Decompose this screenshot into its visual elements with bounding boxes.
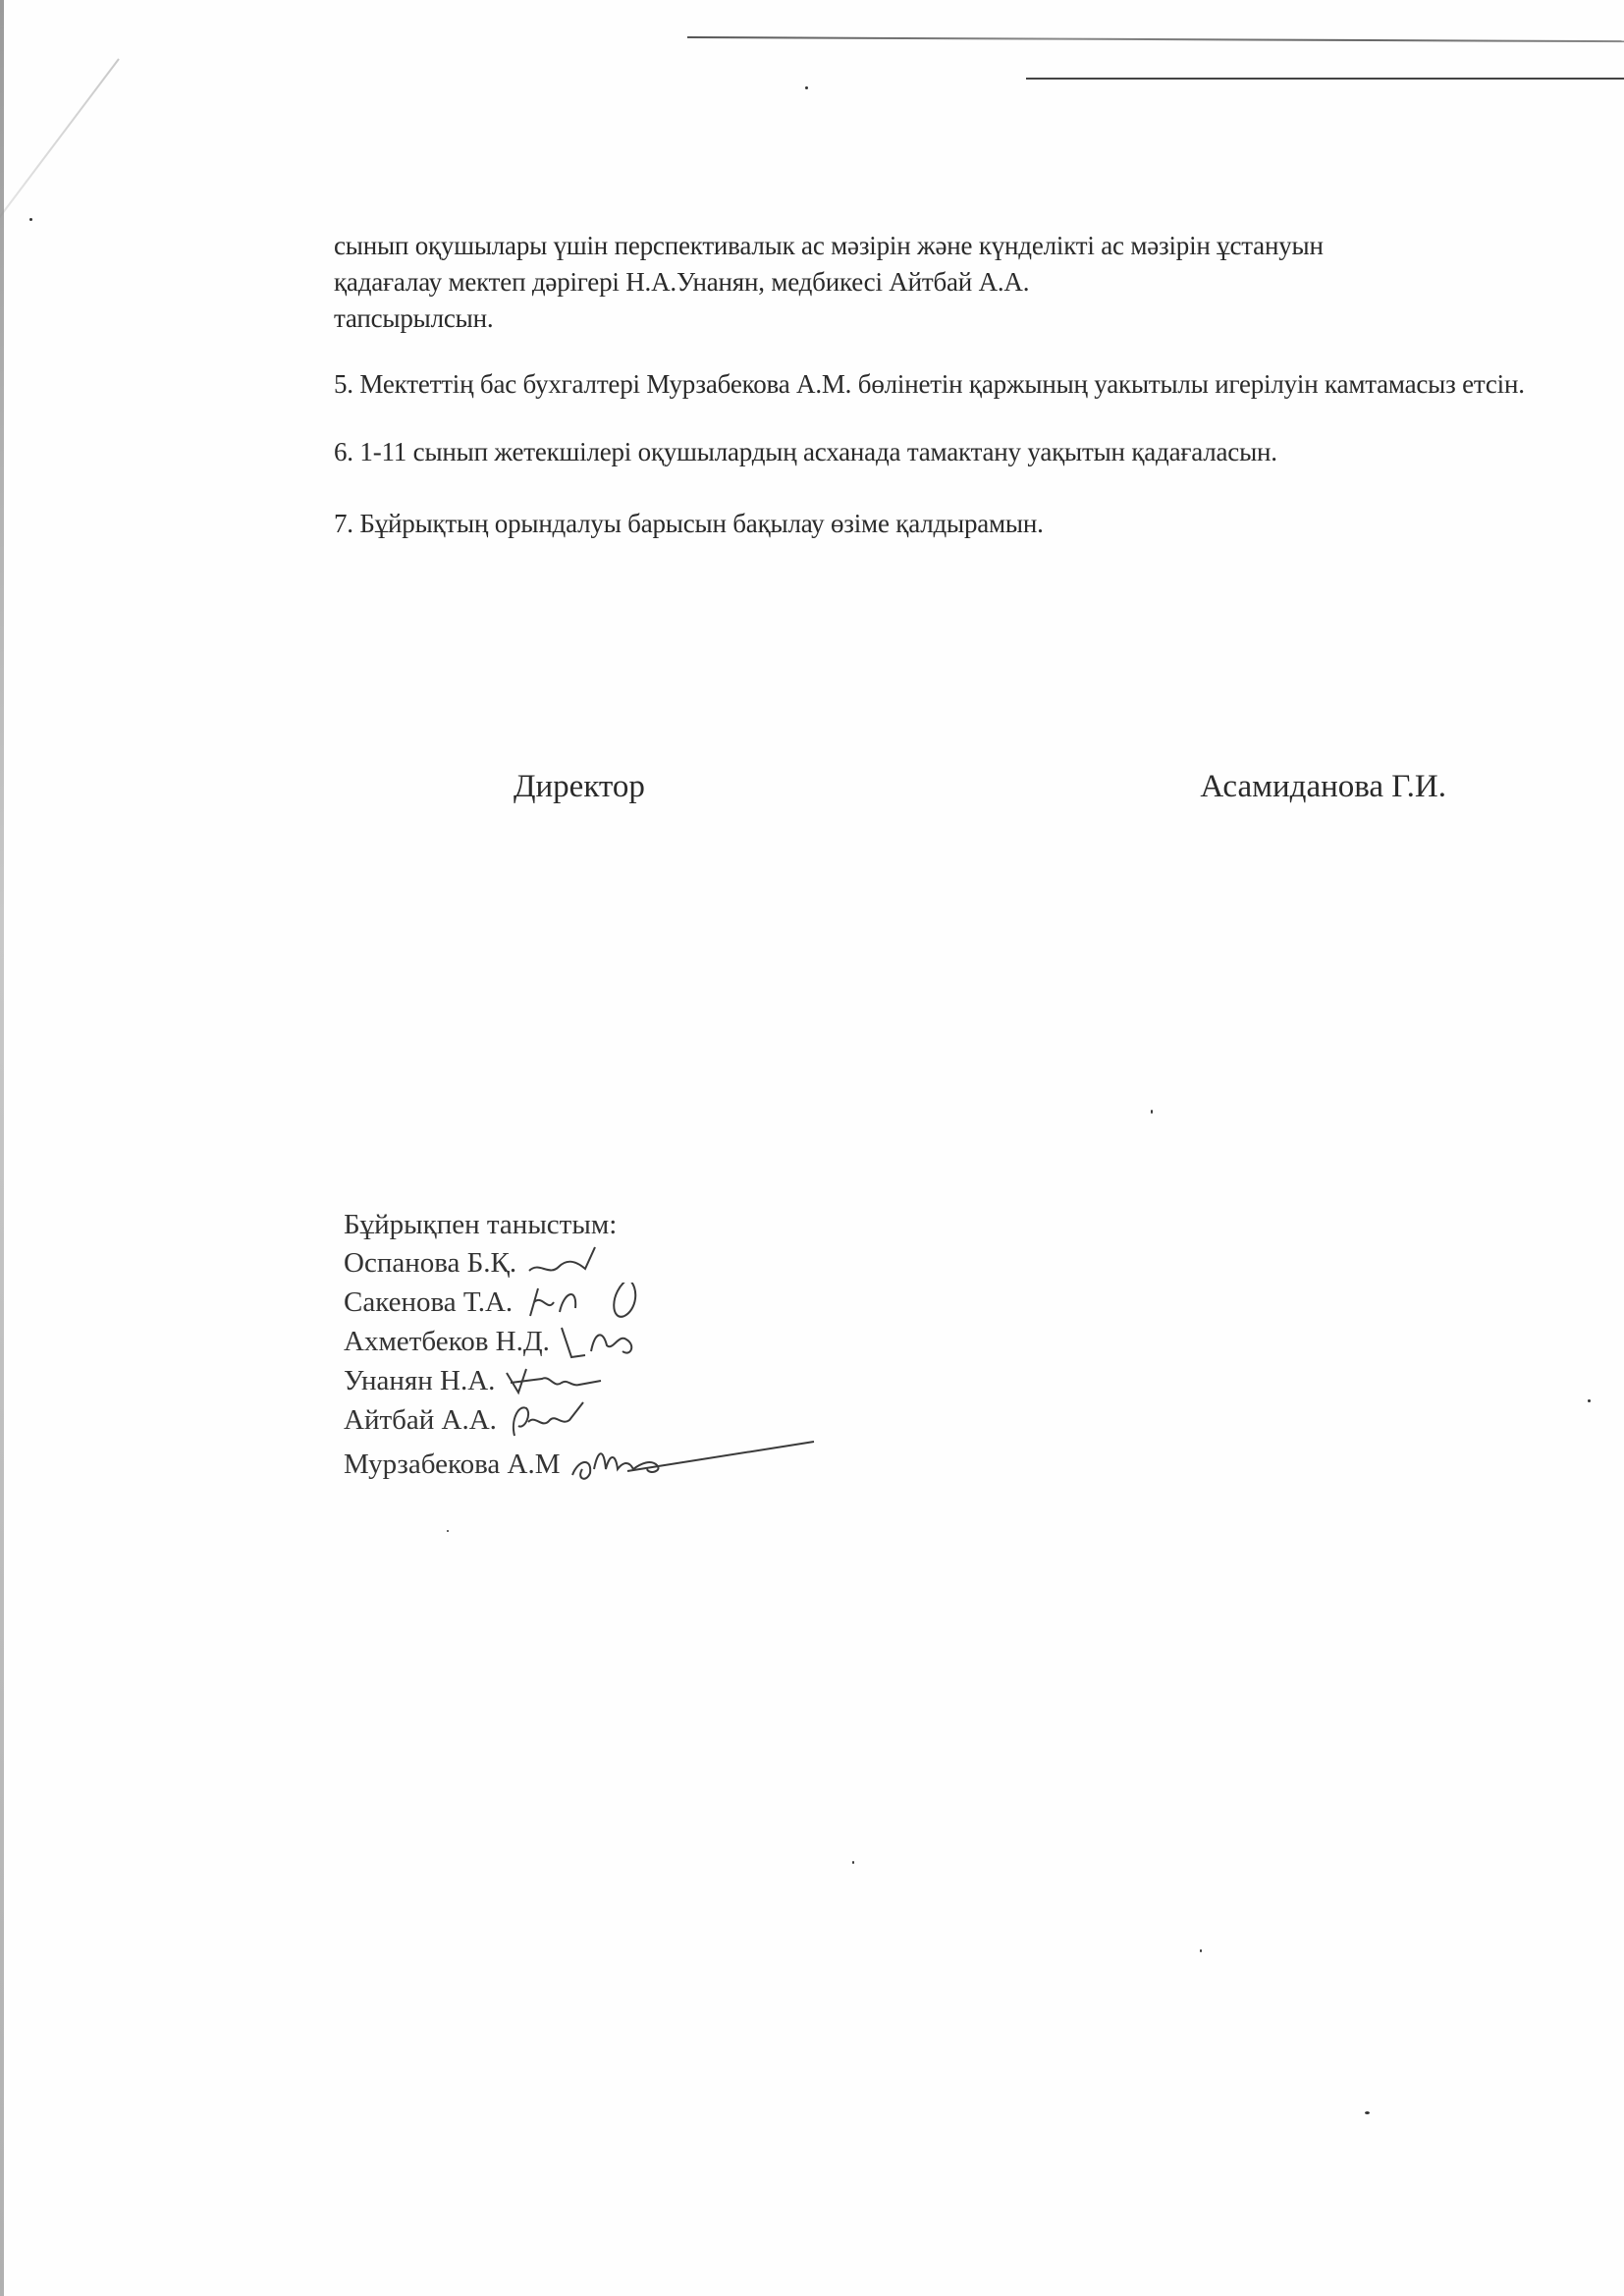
scan-speck (1588, 1399, 1591, 1402)
scan-top-rule-short (1026, 78, 1624, 80)
continuation-line: тапсырылсын. (334, 301, 1610, 337)
director-name: Асамиданова Г.И. (1200, 769, 1446, 805)
continuation-line: қадағалау мектеп дәрігері Н.А.Унанян, ме… (334, 264, 1610, 301)
handwritten-signature-icon (568, 1440, 824, 1489)
handwritten-signature-icon (503, 1361, 611, 1400)
signatory-row: Оспанова Б.Қ. (344, 1243, 824, 1283)
signatory-name: Айтбай А.А. (344, 1401, 497, 1439)
scan-speck (805, 86, 808, 89)
item-number: 7. (334, 509, 353, 538)
scan-streak (0, 58, 120, 295)
signatory-row: Унанян Н.А. (344, 1361, 824, 1400)
handwritten-signature-icon (505, 1400, 613, 1440)
scan-speck (1151, 1110, 1153, 1114)
signatory-name: Мурзабекова А.М (344, 1446, 561, 1483)
signatory-row: Ахметбеков Н.Д. (344, 1322, 824, 1361)
handwritten-signature-icon (558, 1322, 666, 1361)
signatory-name: Сакенова Т.А. (344, 1284, 513, 1321)
signatory-name: Унанян Н.А. (344, 1362, 495, 1399)
scan-top-rule (687, 36, 1624, 42)
signatory-name: Оспанова Б.Қ. (344, 1244, 516, 1282)
order-body: сынып оқушылары үшін перспективалык ас м… (334, 228, 1610, 542)
scan-speck (29, 218, 32, 221)
item-number: 6. (334, 437, 353, 466)
acknowledgement-block: Бұйрықпен таныстым: Оспанова Б.Қ. Сакено… (344, 1206, 824, 1489)
scanned-page: сынып оқушылары үшін перспективалык ас м… (0, 0, 1624, 2296)
handwritten-signature-icon (520, 1283, 668, 1322)
signatory-row: Айтбай А.А. (344, 1400, 824, 1440)
scan-speck (1365, 2111, 1370, 2114)
order-item-5: 5. Мектеттің бас бухгалтері Мурзабекова … (334, 366, 1610, 403)
scan-speck (447, 1530, 449, 1532)
scan-left-edge (0, 0, 4, 2296)
director-title: Директор (514, 769, 645, 805)
signatory-name: Ахметбеков Н.Д. (344, 1323, 550, 1360)
item-number: 5. (334, 369, 353, 399)
item-text: 1-11 сынып жетекшілері оқушылардың асхан… (359, 437, 1276, 466)
item-text: Бұйрықтың орындалуы барысын бақылау өзім… (359, 509, 1043, 538)
scan-speck (852, 1861, 854, 1864)
item-text: Мектеттің бас бухгалтері Мурзабекова А.М… (359, 369, 1524, 399)
acknowledgement-heading: Бұйрықпен таныстым: (344, 1206, 824, 1243)
order-item-6: 6. 1-11 сынып жетекшілері оқушылардың ас… (334, 434, 1610, 470)
continuation-line: сынып оқушылары үшін перспективалык ас м… (334, 228, 1610, 264)
order-item-7: 7. Бұйрықтың орындалуы барысын бақылау ө… (334, 506, 1610, 542)
signatory-row: Сакенова Т.А. (344, 1283, 824, 1322)
scan-speck (1200, 1949, 1202, 1952)
director-signature-block: Директор Асамиданова Г.И. (514, 769, 1446, 805)
handwritten-signature-icon (524, 1243, 603, 1283)
signatory-row: Мурзабекова А.М (344, 1440, 824, 1489)
